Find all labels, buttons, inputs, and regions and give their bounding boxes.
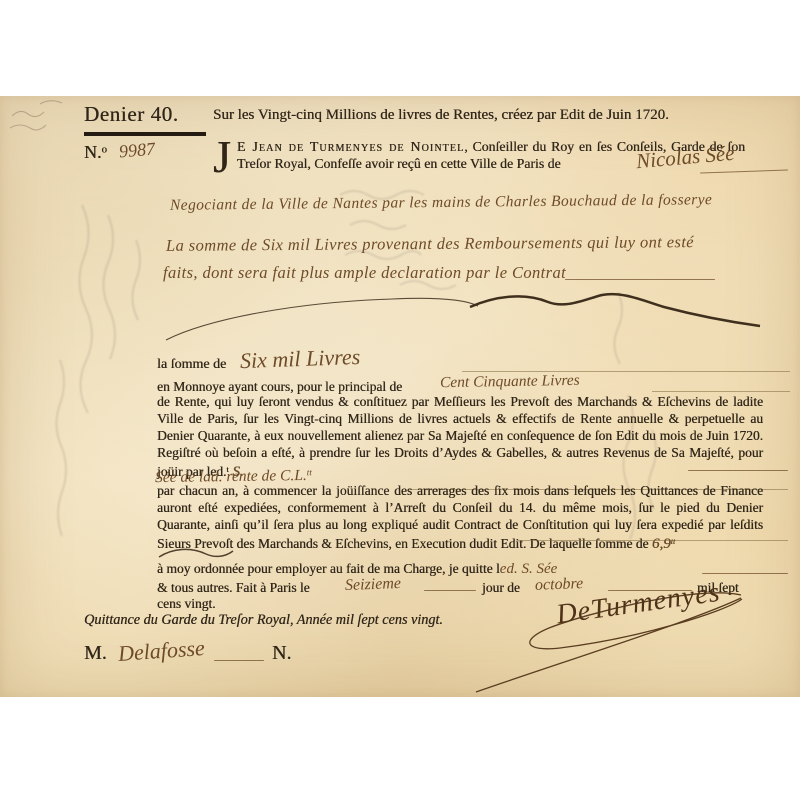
sum-printed-label: la ſomme de <box>157 357 226 373</box>
closing-quitte-line: à moy ordonnée pour employer au fait de … <box>157 561 557 578</box>
closing-jour-printed: jour de <box>482 580 520 596</box>
principal-amount-hand: Cent Cinquante Livres <box>440 372 580 392</box>
closing-day-hand: Seizieme <box>345 575 402 595</box>
fill-line <box>518 540 788 541</box>
hand-dash <box>424 590 476 591</box>
clerk-n-label: N. <box>272 642 291 665</box>
hand-line-somme: La somme de Six mil Livres provenant des… <box>166 232 694 256</box>
hand-line-negociant: Negociant de la Ville de Nantes par les … <box>170 191 712 215</box>
clerk-name-hand: Delafosse <box>117 635 205 667</box>
dropcap-J: J <box>213 143 231 171</box>
hand-dash <box>214 660 264 661</box>
principal-printed-label: en Monnoye ayant cours, pour le principa… <box>157 379 402 395</box>
hand-line-declaration: faits, dont sera fait plus ample declara… <box>163 263 566 283</box>
receipt-note-italic: Quittance du Garde du Treſor Royal, Anné… <box>84 612 443 629</box>
fill-line <box>652 391 790 392</box>
closing-fait-printed: & tous autres. Fait à Paris le <box>157 580 310 596</box>
quitte-hand: ed. S. Sée <box>500 561 557 577</box>
closing-cens-printed: cens vingt. <box>157 596 216 612</box>
body-paragraph-2: par chacun an, à commencer la joüiſſance… <box>157 483 763 553</box>
sum-amount-hand: Six mil Livres <box>240 344 361 374</box>
inline-hand-amount: 6,9 <box>652 536 671 552</box>
serial-number-value: 9987 <box>118 138 156 162</box>
heading-rule <box>84 132 206 136</box>
closing-month-hand: octobre <box>535 575 584 595</box>
serial-number-label: N.o <box>84 142 107 163</box>
treasurer-name: Jean de Turmenyes de Nointel <box>252 139 464 154</box>
denier-heading: Denier 40. <box>84 102 179 127</box>
hand-dash <box>565 279 715 280</box>
edict-title: Sur les Vingt-cinq Millions de livres de… <box>213 107 669 124</box>
scan-page: Denier 40. Sur les Vingt-cinq Millions d… <box>0 0 800 800</box>
hand-dash <box>702 573 788 574</box>
fill-line <box>462 371 790 372</box>
clerk-m-label: M. <box>84 642 107 665</box>
